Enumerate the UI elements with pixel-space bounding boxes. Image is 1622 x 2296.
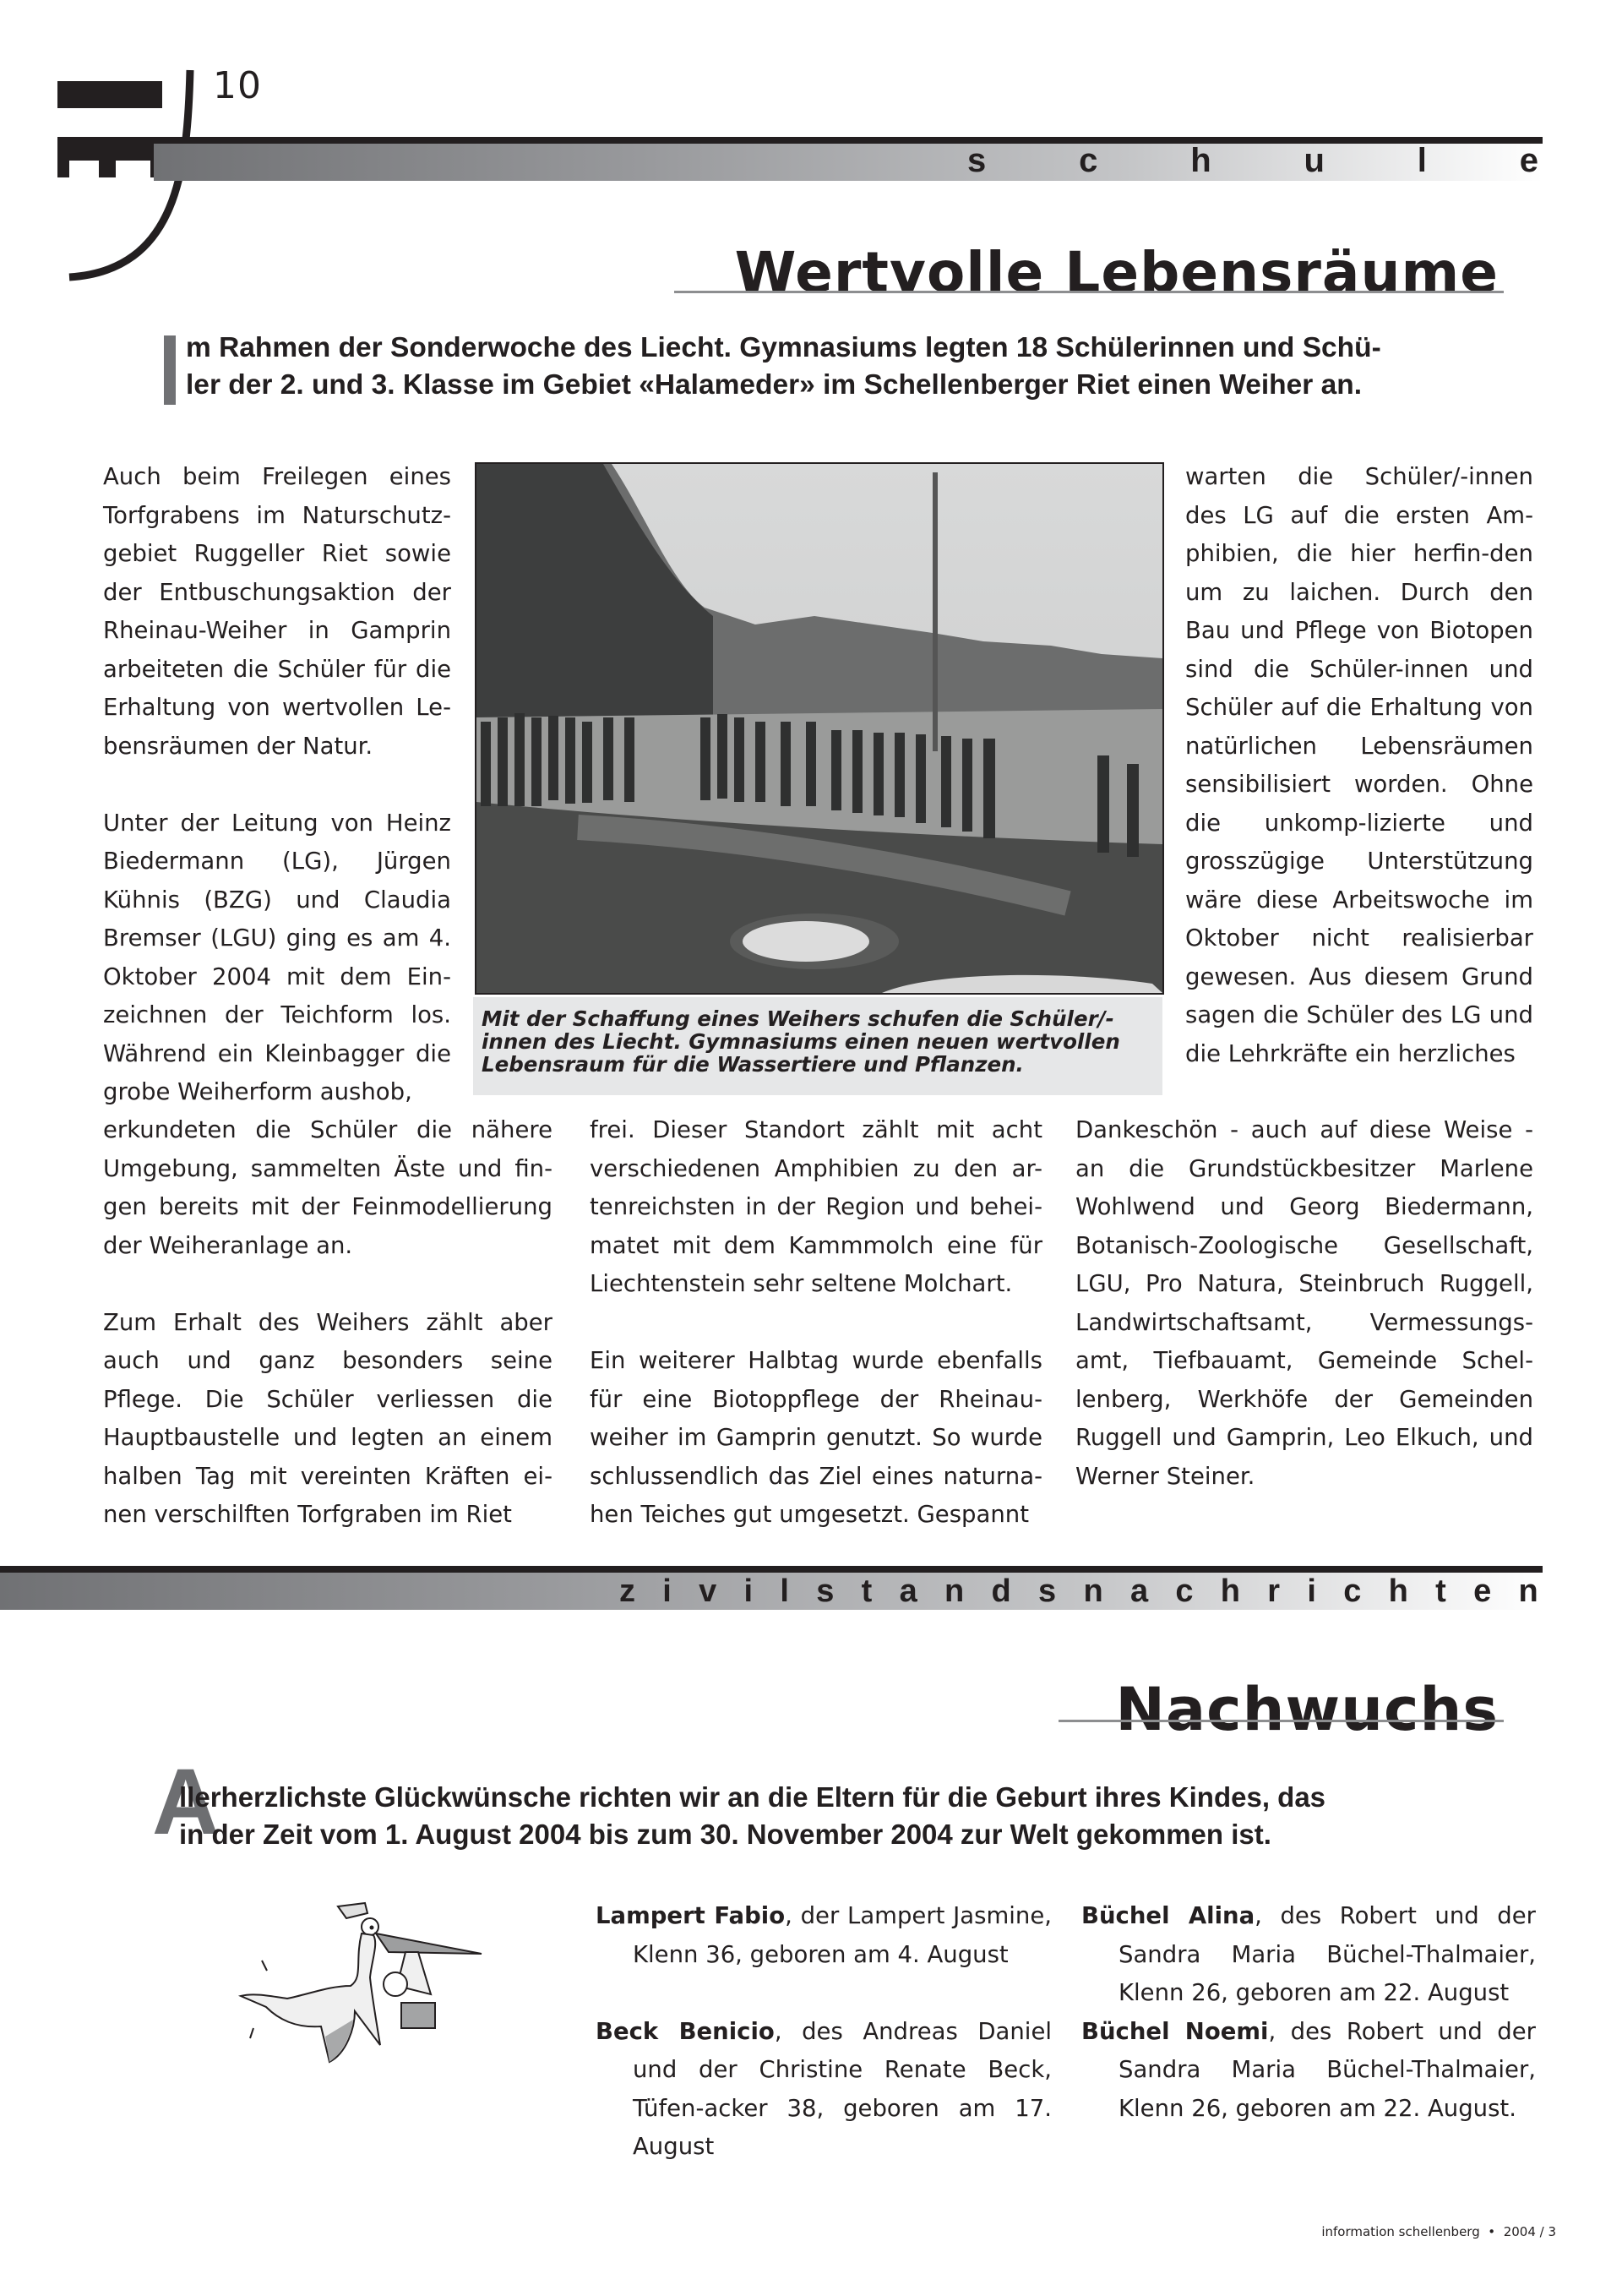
issue-number: 2004 / 3 xyxy=(1504,2224,1556,2239)
section-band-rule xyxy=(0,1566,1543,1573)
article-column-3-bottom: Dankeschön - auch auf diese Weise - an d… xyxy=(1075,1111,1533,1496)
article-column-3-top: warten die Schüler/-innen des LG auf die… xyxy=(1185,458,1533,1073)
article-photo xyxy=(475,462,1164,995)
footer-separator: • xyxy=(1488,2224,1495,2239)
headline-rule xyxy=(1059,1720,1504,1722)
section-label-schule: s c h u l e xyxy=(967,142,1538,180)
section-lead: llerherzlichste Glückwünsche richten wir… xyxy=(179,1779,1548,1853)
section-label-zivilstandsnachrichten: z i v i l s t a n d s n a c h r i c h t … xyxy=(619,1573,1538,1610)
birth-entry: Büchel Noemi, des Robert und der Sandra … xyxy=(1081,2013,1536,2129)
birth-entry: Beck Benicio, des Andreas Daniel und der… xyxy=(596,2013,1052,2167)
article-column-1-bottom: erkundeten die Schüler die nähere Umgebu… xyxy=(103,1111,552,1535)
page-number: 10 xyxy=(213,64,262,107)
article-column-2-bottom: frei. Dieser Standort zählt mit acht ver… xyxy=(590,1111,1042,1535)
lead-dropcap-bar xyxy=(164,335,176,405)
article-column-1-top: Auch beim Freilegen eines Torfgrabens im… xyxy=(103,458,451,1112)
stork-carrying-baby-icon xyxy=(228,1901,507,2079)
page-footer: information schellenberg • 2004 / 3 xyxy=(1321,2224,1556,2239)
article-lead: m Rahmen der Sonderwoche des Liecht. Gym… xyxy=(186,330,1538,404)
section-headline: Nachwuchs xyxy=(1115,1680,1499,1739)
photo-caption: Mit der Schaffung eines Weihers schufen … xyxy=(473,997,1162,1095)
birth-entry: Lampert Fabio, der Lampert Jasmine, Klen… xyxy=(596,1897,1052,1974)
headline-rule xyxy=(674,291,1504,293)
publication-name: information schellenberg xyxy=(1321,2224,1479,2239)
births-column-1: Lampert Fabio, der Lampert Jasmine, Klen… xyxy=(596,1897,1052,2167)
birth-entry: Büchel Alina, des Robert und der Sandra … xyxy=(1081,1897,1536,2013)
births-column-2: Büchel Alina, des Robert und der Sandra … xyxy=(1081,1897,1536,2128)
